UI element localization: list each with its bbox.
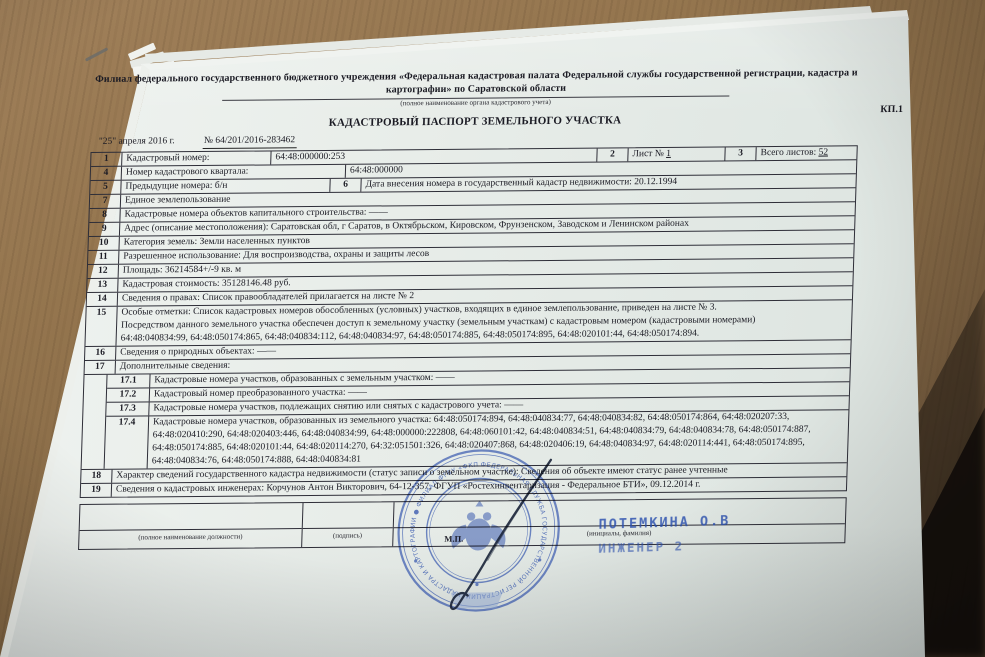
photo-of-cadastral-passport: Филиал федерального государственного бюд… xyxy=(0,0,985,657)
photo-vignette xyxy=(0,0,985,657)
